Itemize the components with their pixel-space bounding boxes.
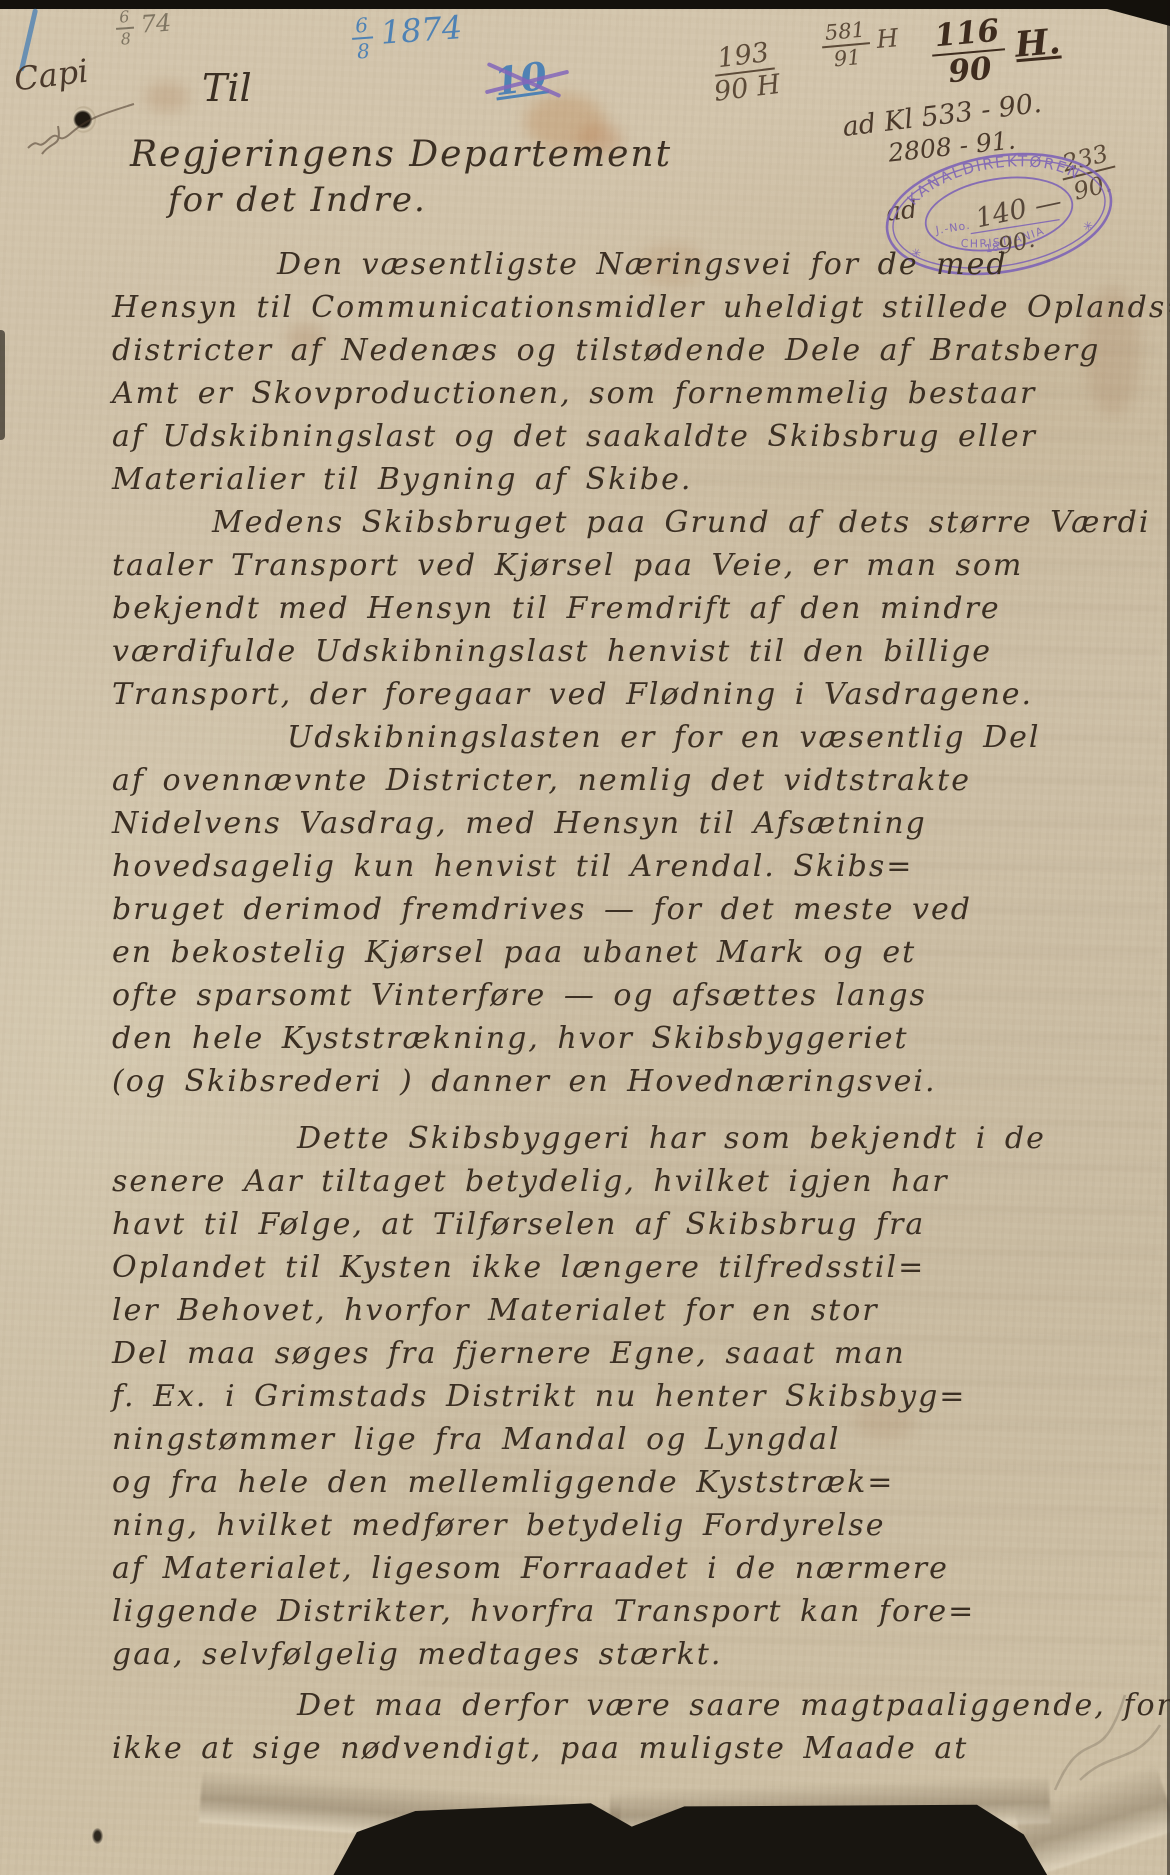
salutation-indre: for det Indre. [168,180,427,220]
letter-line: Medens Skibsbruget paa Grund af dets stø… [112,501,1162,544]
letter-line: taaler Transport ved Kjørsel paa Veie, e… [112,544,1162,587]
journal-bold-num: 116 [929,15,1004,56]
letter-line: ningstømmer lige fra Mandal og Lyngdal [112,1418,1162,1461]
salutation-til: Til [202,66,252,110]
pencil-date-den: 8 [120,29,131,48]
pencil-date-fraction: 68 [115,9,136,48]
letter-line: Nidelvens Vasdrag, med Hensyn til Afsætn… [112,802,1162,845]
letter-line: bekjendt med Hensyn til Fremdrift af den… [112,587,1162,630]
scan-edge-top [0,0,1170,9]
pencil-date-year: 74 [140,9,172,39]
letter-line: den hele Kyststrækning, hvor Skibsbygger… [112,1017,1162,1060]
letter-line: af ovennævnte Districter, nemlig det vid… [112,759,1162,802]
letter-line: Oplandet til Kysten ikke længere tilfred… [112,1246,1162,1289]
blue-date-den: 8 [356,39,370,62]
journal-mid-num: 581 [820,19,870,48]
journal-mid-suffix: H [875,23,899,54]
letter-line: Det maa derfor være saare magtpaaliggend… [112,1684,1162,1727]
journal-mid-den: 91 [833,45,862,70]
letter-line: en bekostelig Kjørsel paa ubanet Mark og… [112,931,1162,974]
letter-line: af Udskibningslast og det saakaldte Skib… [112,415,1162,458]
stamp-jno-value: 140 — [973,186,1065,234]
blue-date-year: 1874 [379,8,463,52]
pencil-scribble [1040,1680,1170,1800]
letter-line: districter af Nedenæs og tilstødende Del… [112,329,1162,372]
journal-number-mid: 58191 H [820,17,900,71]
letter-body: Den væsentligste Næringsvei for de med H… [112,243,1162,1770]
letter-line: Transport, der foregaar ved Flødning i V… [112,673,1162,716]
letter-line: senere Aar tiltaget betydelig, hvilket i… [112,1160,1162,1203]
letter-line: Del maa søges fra fjernere Egne, saaat m… [112,1332,1162,1375]
letter-line: og fra hele den mellemliggende Kyststræk… [112,1461,1162,1504]
letter-line: ning, hvilket medfører betydelig Fordyre… [112,1504,1162,1547]
blue-date-fraction: 68 [351,14,375,61]
letter-line: værdifulde Udskibningslast henvist til d… [112,630,1162,673]
letter-line: ofte sparsomt Vinterføre — og afsættes l… [112,974,1162,1017]
letter-line: Hensyn til Communicationsmidler uheldigt… [112,286,1162,329]
stamp-jno-label: J.-No. [934,219,972,237]
letter-line: bruget derimod fremdrives — for det mest… [112,888,1162,931]
letter-line: Den væsentligste Næringsvei for de med [112,243,1162,286]
blue-date-num: 6 [351,14,373,39]
ink-blot [92,1828,103,1844]
journal-number-bold: 11690 H. [929,11,1063,90]
journal-bold-den: 90 [947,52,993,89]
scan-edge-notch [0,330,5,440]
journal-bold-fraction: 11690 [929,15,1007,89]
journal-number-small: 19390 H [709,38,782,106]
letter-line: Materialier til Bygning af Skibe. [112,458,1162,501]
letter-line: Udskibningslasten er for en væsentlig De… [112,716,1162,759]
pencil-date: 68 74 [115,6,173,48]
letter-line: f. Ex. i Grimstads Distrikt nu henter Sk… [112,1375,1162,1418]
letter-line: Dette Skibsbyggeri har som bekjendt i de [112,1117,1162,1160]
journal-bold-suffix: H. [1013,21,1062,66]
letter-line: hovedsagelig kun henvist til Arendal. Sk… [112,845,1162,888]
journal-mid-fraction: 58191 [820,19,872,71]
letter-line: liggende Distrikter, hvorfra Transport k… [112,1590,1162,1633]
letter-line: gaa, selvfølgelig medtages stærkt. [112,1633,1162,1676]
letter-line: havt til Følge, at Tilførselen af Skibsb… [112,1203,1162,1246]
journal-small-fraction: 19390 H [709,38,782,106]
pencil-date-num: 6 [115,9,135,30]
letter-line: ikke at sige nødvendigt, paa muligste Ma… [112,1727,1162,1770]
letter-line: (og Skibsrederi ) danner en Hovednærings… [112,1060,1162,1103]
letter-line: Amt er Skovproductionen, som fornemmelig… [112,372,1162,415]
stamp-star-right: ✳ [1082,219,1094,234]
salutation-department: Regjeringens Departement [130,134,672,175]
letter-line: af Materialet, ligesom Forraadet i de næ… [112,1547,1162,1590]
blue-date: 68 1874 [351,8,464,62]
letter-line: ler Behovet, hvorfor Materialet for en s… [112,1289,1162,1332]
